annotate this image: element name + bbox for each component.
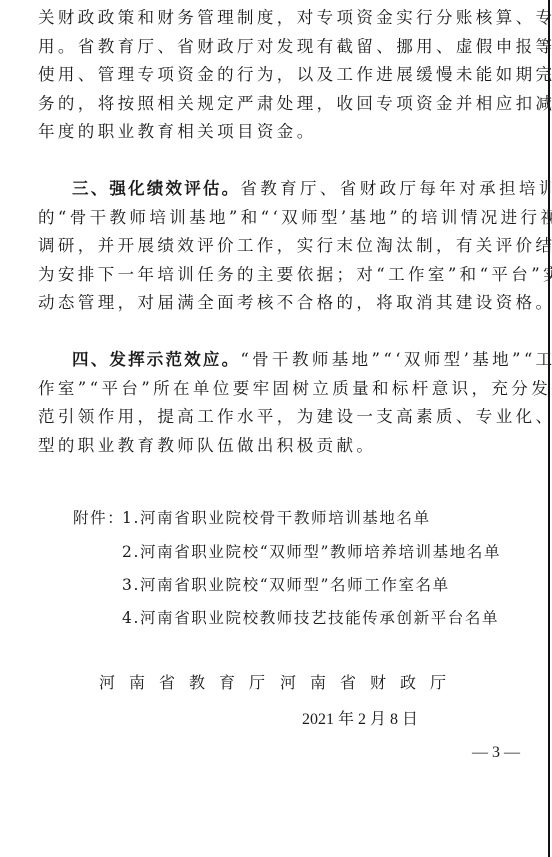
text-line: 使用、管理专项资金的行为，以及工作进展缓慢未能如期完成任: [38, 65, 500, 85]
text-line: 动态管理，对届满全面考核不合格的，将取消其建设资格。: [38, 293, 500, 313]
attachment-item: 2.河南省职业院校“双师型”教师培养培训基地名单: [122, 540, 501, 562]
text-line: 为安排下一年培训任务的主要依据；对“工作室”和“平台”实行: [38, 265, 500, 285]
attachments-label: 附件：: [73, 506, 124, 528]
section3-first-line: 三、强化绩效评估。省教育厅、省财政厅每年对承担培训任务: [72, 179, 502, 199]
attachment-item: 1.河南省职业院校骨干教师培训基地名单: [122, 506, 431, 528]
page-edge-border: [548, 0, 550, 857]
text-line: 调研，并开展绩效评价工作，实行末位淘汰制，有关评价结果将作: [38, 236, 500, 256]
signature-org-education: 河南省教育厅: [99, 670, 279, 693]
section4-first-text: “骨干教师基地”“‘双师型’基地”“工: [240, 350, 552, 369]
section3-first-text: 省教育厅、省财政厅每年对承担培训任务: [240, 179, 552, 198]
section4-heading: 四、发挥示范效应。: [72, 350, 240, 369]
text-line: 年度的职业教育相关项目资金。: [38, 122, 500, 142]
text-line: 型的职业教育教师队伍做出积极贡献。: [38, 436, 500, 456]
text-line: 用。省教育厅、省财政厅对发现有截留、挪用、虚假申报等违规: [38, 37, 500, 57]
text-line: 关财政政策和财务管理制度，对专项资金实行分账核算、专款专: [38, 8, 500, 28]
signature-date: 2021 年 2 月 8 日: [302, 706, 418, 729]
text-line: 范引领作用，提高工作水平，为建设一支高素质、专业化、创新: [38, 407, 500, 427]
page-number: — 3 —: [472, 744, 520, 762]
text-line: 务的，将按照相关规定严肃处理，收回专项资金并相应扣减以后: [38, 94, 500, 114]
text-line: 作室”“平台”所在单位要牢固树立质量和标杆意识，充分发挥示: [38, 379, 500, 399]
text-line: 的“骨干教师培训基地”和“‘双师型’基地”的培训情况进行视导: [38, 208, 500, 228]
section3-heading: 三、强化绩效评估。: [72, 179, 240, 198]
signature-org-finance: 河南省财政厅: [280, 670, 460, 693]
attachment-item: 3.河南省职业院校“双师型”名师工作室名单: [122, 573, 450, 595]
section4-first-line: 四、发挥示范效应。“骨干教师基地”“‘双师型’基地”“工: [72, 350, 502, 370]
attachment-item: 4.河南省职业院校教师技艺技能传承创新平台名单: [122, 606, 499, 628]
